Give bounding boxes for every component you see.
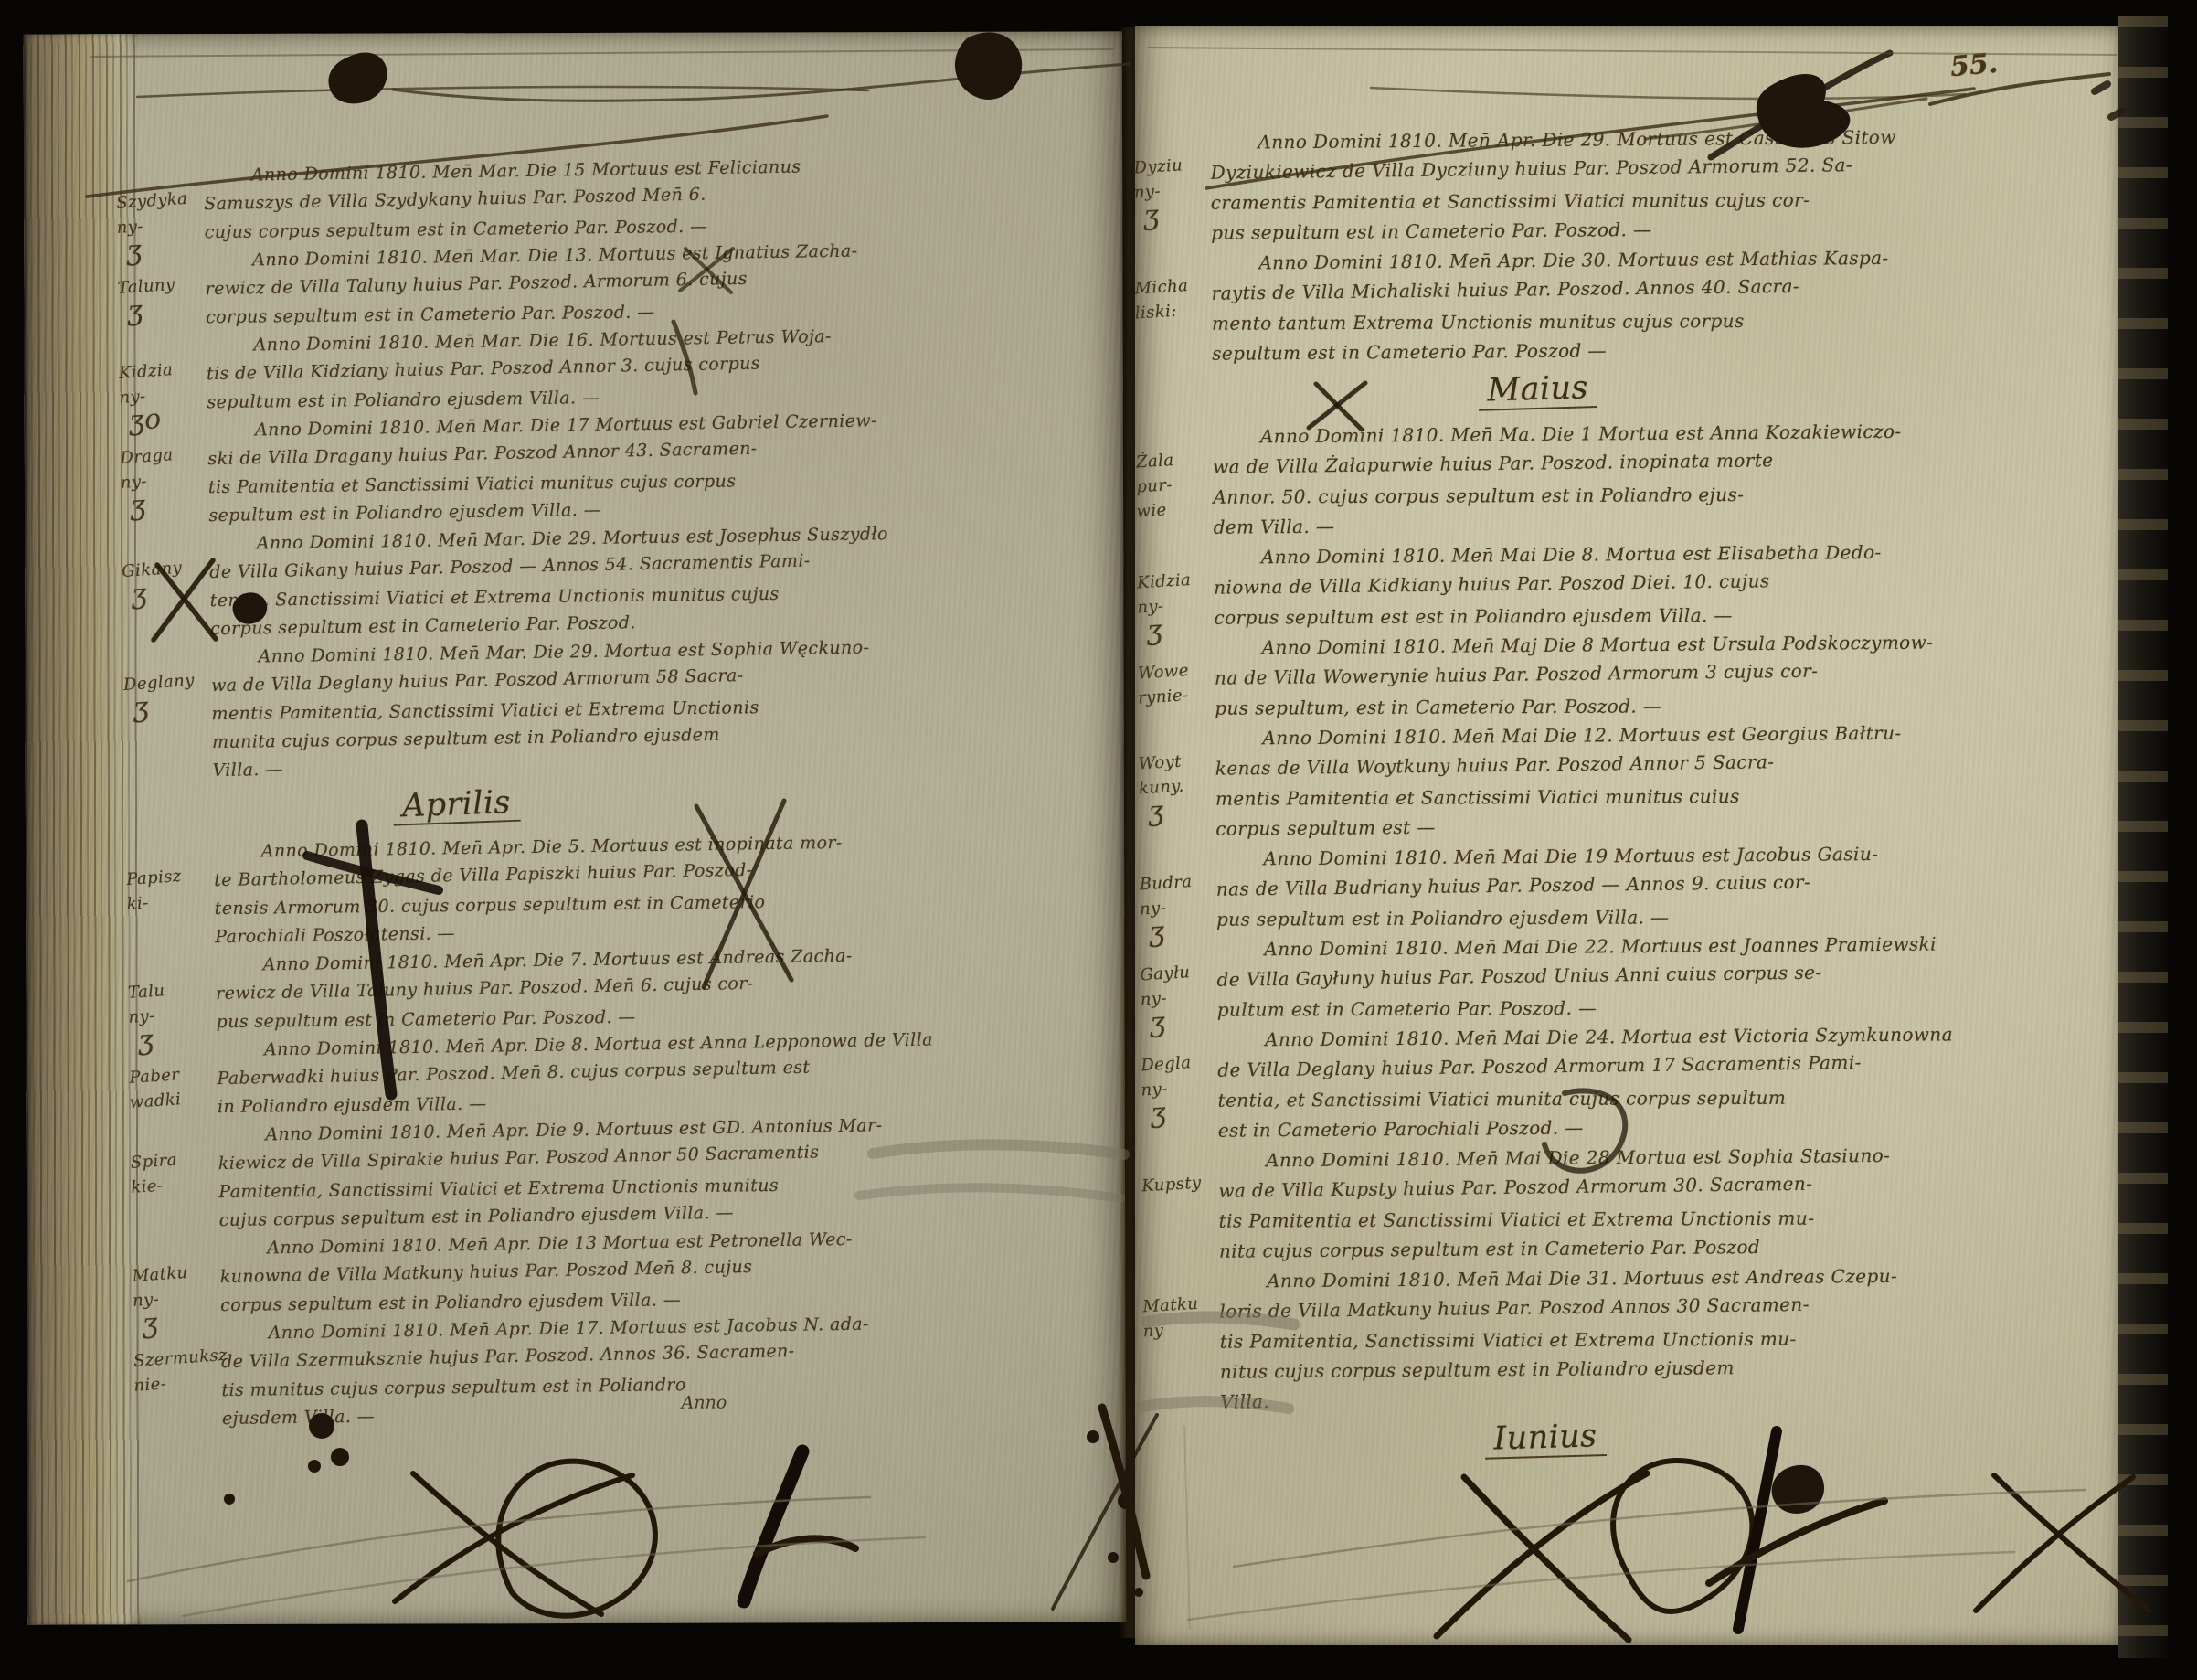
margin-note-line: ʒo <box>119 405 205 434</box>
margin-village-note: Michaliski: <box>1135 274 1208 324</box>
entry-line: tis Pamitentia, Sanctissimi Viatici et E… <box>1220 1323 2083 1356</box>
margin-village-note: Paberwadki <box>129 1062 214 1112</box>
margin-village-note: Kupsty <box>1141 1172 1215 1197</box>
left-page-entries: Szydykany-ʒAnno Domini 1810. Men̄ Mar. D… <box>204 153 837 1433</box>
margin-note-line: rynie- <box>1137 682 1211 711</box>
catchword: Anno <box>682 1393 727 1413</box>
month-heading: Aprilis <box>392 789 520 826</box>
margin-village-note: Deglany-ʒ <box>1141 1051 1215 1125</box>
left-page: Szydykany-ʒAnno Domini 1810. Men̄ Mar. D… <box>24 31 1127 1624</box>
margin-village-note: Gayłuny-ʒ <box>1140 961 1214 1035</box>
margin-village-note: Szydykany-ʒ <box>116 187 201 261</box>
register-entry: Kidziany-ʒAnno Domini 1810. Men̄ Mai Die… <box>1214 536 2077 633</box>
margin-village-note: Żalapur-wie <box>1136 448 1210 523</box>
register-entry: DeglanyʒAnno Domini 1810. Men̄ Mar. Die … <box>210 634 826 785</box>
register-entry: Żalapur-wieAnno Domini 1810. Men̄ Ma. Di… <box>1213 415 2076 542</box>
margin-note-line: ʒ <box>1139 918 1213 946</box>
register-entry: Wowerynie-Anno Domini 1810. Men̄ Maj Die… <box>1215 626 2078 723</box>
margin-village-note: Szermuksznie- <box>133 1345 218 1396</box>
margin-note-line: ny <box>1142 1315 1216 1345</box>
margin-note-line: ʒ <box>128 1025 214 1054</box>
month-heading: Iunius <box>1485 1421 1608 1460</box>
register-entry: MatkunyAnno Domini 1810. Men̄ Mai Die 31… <box>1219 1260 2083 1417</box>
page-number: 55. <box>1949 48 2000 83</box>
margin-village-note: Woytkuny.ʒ <box>1139 750 1213 824</box>
margin-note-line: ʒ <box>122 579 207 608</box>
margin-village-note: Spirakie- <box>131 1147 216 1197</box>
margin-village-note: Matkuny-ʒ <box>132 1260 217 1334</box>
month-heading-row: Iunius <box>1220 1414 2083 1464</box>
margin-note-line: ʒ <box>1137 616 1211 644</box>
entry-line: tentia, et Sanctissimi Viatici munita cu… <box>1218 1081 2081 1115</box>
margin-village-note: Gikanyʒ <box>122 556 207 605</box>
register-entry: Papiszki-Anno Domini 1810. Men̄ Apr. Die… <box>214 829 830 952</box>
margin-note-line: Kupsty <box>1141 1170 1215 1199</box>
register-entry: Dyziuny-ʒAnno Domini 1810. Men̄ Apr. Die… <box>1210 121 2074 248</box>
month-heading: Maius <box>1478 373 1597 411</box>
margin-note-line: ʒ <box>1140 1008 1214 1037</box>
margin-note-line: ʒ <box>1141 1099 1215 1127</box>
register-entry: Michaliski:Anno Domini 1810. Men̄ Apr. D… <box>1211 241 2075 368</box>
margin-note-line: ʒ <box>117 295 203 324</box>
register-entry: Gayłuny-ʒAnno Domini 1810. Men̄ Mai Die … <box>1216 928 2080 1025</box>
register-entry: PaberwadkiAnno Domini 1810. Men̄ Apr. Di… <box>217 1027 832 1122</box>
register-entry: KupstyAnno Domini 1810. Men̄ Mai Die 28 … <box>1218 1139 2082 1266</box>
margin-village-note: Budrany-ʒ <box>1140 870 1214 944</box>
margin-note-line: ʒ <box>116 235 202 264</box>
margin-note-line: ʒ <box>133 1308 218 1337</box>
margin-note-line: wie <box>1136 495 1210 525</box>
register-entry: Szydykany-ʒAnno Domini 1810. Men̄ Mar. D… <box>204 153 819 247</box>
margin-village-note: Papiszki- <box>126 864 211 914</box>
margin-note-line: ʒ <box>120 490 206 519</box>
month-heading-row: Aprilis <box>213 780 828 833</box>
margin-village-note: Talunyʒ <box>117 272 202 322</box>
margin-note-line: nie- <box>133 1368 219 1398</box>
register-entry: GikanyʒAnno Domini 1810. Men̄ Mar. Die 2… <box>209 521 825 643</box>
register-entry: Taluny-ʒAnno Domini 1810. Men̄ Apr. Die … <box>215 942 830 1037</box>
entry-line: Annor. 50. cujus corpus sepultum est in … <box>1213 478 2075 512</box>
register-entry: Budrany-ʒAnno Domini 1810. Men̄ Mai Die … <box>1215 837 2079 934</box>
month-heading-row: Maius <box>1212 366 2075 416</box>
margin-village-note: Dragany-ʒ <box>120 442 205 516</box>
margin-note-line: wadki <box>129 1085 215 1115</box>
margin-note-line: ʒ <box>123 692 209 721</box>
book-spread: Szydykany-ʒAnno Domini 1810. Men̄ Mar. D… <box>0 0 2197 1680</box>
entry-line: cramentis Pamitentia et Sanctissimi Viat… <box>1211 184 2074 218</box>
register-entry: TalunyʒAnno Domini 1810. Men̄ Mar. Die 1… <box>205 238 820 332</box>
margin-village-note: Taluny-ʒ <box>128 977 213 1051</box>
right-page-entries: Dyziuny-ʒAnno Domini 1810. Men̄ Apr. Die… <box>1210 121 2084 1470</box>
register-entry: Dragany-ʒAnno Domini 1810. Men̄ Mar. Die… <box>207 408 823 530</box>
margin-note-line: ʒ <box>1133 201 1207 229</box>
entry-line: mento tantum Extrema Unctionis munitus c… <box>1212 304 2075 338</box>
margin-note-line: ʒ <box>1138 797 1212 825</box>
register-entry: Woytkuny.ʒAnno Domini 1810. Men̄ Mai Die… <box>1215 717 2078 844</box>
margin-village-note: Dyziuny-ʒ <box>1133 154 1207 228</box>
book-cover-edge <box>2118 16 2168 1658</box>
right-page: Dyziuny-ʒAnno Domini 1810. Men̄ Apr. Die… <box>1135 26 2120 1645</box>
register-entry: Kidziany-ʒoAnno Domini 1810. Men̄ Mar. D… <box>206 323 821 417</box>
page-edge-stack <box>24 34 142 1624</box>
register-entry: Szermuksznie-Anno Domini 1810. Men̄ Apr.… <box>220 1311 836 1433</box>
margin-village-note: Wowerynie- <box>1138 659 1211 709</box>
entry-line: mentis Pamitentia et Sanctissimi Viatici… <box>1215 780 2078 813</box>
margin-village-note: Deglanyʒ <box>123 669 208 718</box>
margin-village-note: Kidziany-ʒo <box>119 357 204 431</box>
register-entry: Matkuny-ʒAnno Domini 1810. Men̄ Apr. Die… <box>219 1226 834 1320</box>
margin-note-line: liski: <box>1134 297 1208 326</box>
margin-note-line: ki- <box>126 887 212 917</box>
margin-village-note: Kidziany-ʒ <box>1137 569 1211 643</box>
register-entry: Deglany-ʒAnno Domini 1810. Men̄ Mai Die … <box>1217 1018 2081 1145</box>
register-entry: Spirakie-Anno Domini 1810. Men̄ Apr. Die… <box>218 1112 833 1235</box>
margin-note-line: kie- <box>130 1170 216 1200</box>
entry-line: tis Pamitentia et Sanctissimi Viatici et… <box>1219 1202 2082 1236</box>
margin-village-note: Matkuny <box>1142 1292 1215 1343</box>
